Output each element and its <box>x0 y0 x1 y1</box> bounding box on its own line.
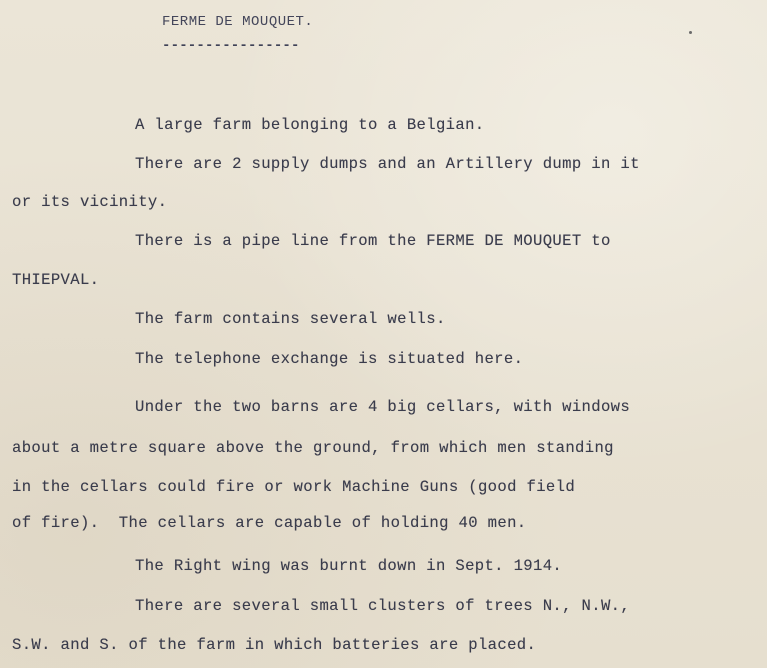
paragraph-line: THIEPVAL. <box>12 271 99 289</box>
paragraph-line: The farm contains several wells. <box>135 310 446 328</box>
paragraph-line: A large farm belonging to a Belgian. <box>135 116 484 134</box>
paragraph-line: The telephone exchange is situated here. <box>135 350 523 368</box>
paragraph-line: about a metre square above the ground, f… <box>12 439 614 457</box>
paragraph-line: The Right wing was burnt down in Sept. 1… <box>135 557 562 575</box>
paragraph-line: of fire). The cellars are capable of hol… <box>12 514 527 532</box>
paper-speck <box>689 31 692 34</box>
title-underline: ---------------- <box>162 38 300 54</box>
paragraph-line: or its vicinity. <box>12 193 167 211</box>
paragraph-line: S.W. and S. of the farm in which batteri… <box>12 636 536 654</box>
paragraph-line: There is a pipe line from the FERME DE M… <box>135 232 611 250</box>
paragraph-line: in the cellars could fire or work Machin… <box>12 478 575 496</box>
paragraph-line: Under the two barns are 4 big cellars, w… <box>135 398 630 416</box>
document-title: FERME DE MOUQUET. <box>162 14 313 30</box>
paragraph-line: There are 2 supply dumps and an Artiller… <box>135 155 640 173</box>
typewritten-page: FERME DE MOUQUET. ---------------- A lar… <box>0 0 767 668</box>
paragraph-line: There are several small clusters of tree… <box>135 597 630 615</box>
